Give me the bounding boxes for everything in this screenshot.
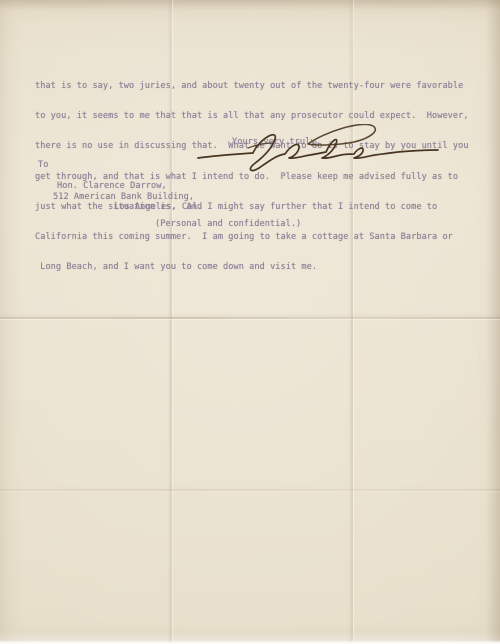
fold-crease-horizontal-middle <box>0 317 500 319</box>
body-line: that is to say, two juries, and about tw… <box>35 81 469 91</box>
scanned-letter-page: that is to say, two juries, and about tw… <box>0 0 500 644</box>
confidential-notation: (Personal and confidential.) <box>155 219 301 229</box>
letter-body: that is to say, two juries, and about tw… <box>35 61 469 292</box>
recipient-address-line2: Los Angeles, Cal. <box>114 202 203 212</box>
handwritten-signature <box>196 124 440 176</box>
fold-crease-horizontal-lower <box>0 489 500 491</box>
recipient-name: Hon. Clarence Darrow, <box>57 181 167 191</box>
paper-edge-shadow-top <box>0 0 500 10</box>
body-line: to you, it seems to me that that is all … <box>35 111 469 121</box>
to-label: To <box>38 160 48 170</box>
body-line: just what the situation is. And I might … <box>35 202 469 212</box>
paper-bottom-edge <box>0 640 500 644</box>
body-line: California this coming summer. I am goin… <box>35 232 469 242</box>
body-line: Long Beach, and I want you to come down … <box>35 262 469 272</box>
paper-edge-shadow-right <box>486 0 500 644</box>
recipient-address-line1: 512 American Bank Building, <box>53 192 194 202</box>
